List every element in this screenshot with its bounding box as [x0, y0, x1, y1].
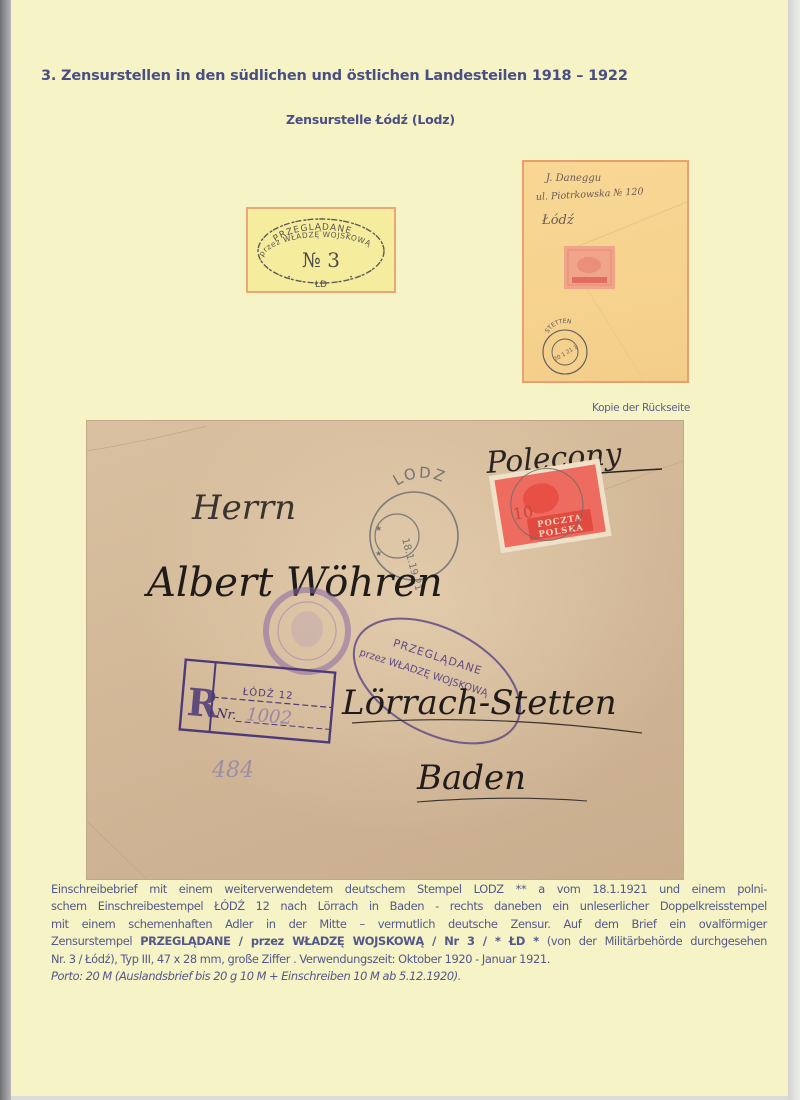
- back-copy-caption: Kopie der Rückseite: [592, 402, 690, 414]
- svg-text:•: •: [350, 275, 352, 281]
- scan-border-left: [0, 0, 11, 1100]
- svg-text:LODZ: LODZ: [390, 463, 449, 489]
- description-line-1: Einschreibebrief mit einem weiterverwend…: [51, 881, 767, 898]
- description-line-2: schem Einschreibestempel ŁÓDŹ 12 nach Lö…: [51, 898, 767, 915]
- back-handwriting-line3: Łódź: [541, 213, 575, 228]
- envelope-back-image: J. Daneggu ul. Piotrkowska № 120 Łódź 20…: [524, 162, 687, 381]
- censor-thumb-number: № 3: [302, 248, 340, 272]
- back-handwriting-line2: ul. Piotrkowska № 120: [536, 186, 644, 203]
- censor-oval-stamp-image: PRZEGLĄDANE przez WŁADZĘ WOJSKOWĄ № 3 ŁD…: [248, 209, 394, 291]
- back-handwriting-line1: J. Daneggu: [544, 173, 601, 184]
- scan-border-right: [788, 0, 800, 1100]
- registration-office: ŁÓDŹ 12: [241, 685, 294, 702]
- censor-thumb-bottom: ŁD: [314, 280, 327, 290]
- censor-stamp-thumbnail: PRZEGLĄDANE przez WŁADZĘ WOJSKOWĄ № 3 ŁD…: [246, 207, 396, 293]
- censor-oval-stamp: PRZEGLĄDANE przez WŁADZĘ WOJSKOWĄ: [333, 593, 541, 769]
- envelope-front-image: Polecony LODZ 18.1.19 21 ★ ★ POCZTA POLS…: [87, 421, 683, 879]
- description-line-3: mit einem schemenhaften Adler in der Mit…: [51, 916, 767, 933]
- handwritten-salutation: Herrn: [191, 488, 296, 528]
- handwritten-region: Baden: [416, 758, 526, 798]
- double-circle-censor-stamp: [266, 590, 348, 672]
- handwritten-addressee: Albert Wöhren: [143, 560, 443, 606]
- cover-description: Einschreibebrief mit einem weiterverwend…: [51, 881, 767, 985]
- description-line-4: Zensurstempel PRZEGLĄDANE / przez WŁADZĘ…: [51, 933, 767, 950]
- envelope-back-thumbnail: J. Daneggu ul. Piotrkowska № 120 Łódź 20…: [522, 160, 689, 383]
- lodz-postmark-text: LODZ: [390, 463, 449, 489]
- svg-text:•: •: [288, 275, 290, 281]
- svg-text:★: ★: [375, 549, 382, 558]
- pencil-note: 484: [211, 758, 254, 783]
- page-title: 3. Zensurstellen in den südlichen und ös…: [41, 68, 628, 84]
- registration-nr-label: Nr.: [215, 706, 238, 723]
- svg-text:STETTEN: STETTEN: [544, 318, 572, 334]
- registration-number: 1002: [245, 704, 292, 729]
- censor-stamp-inscription: PRZEGLĄDANE / przez WŁADZĘ WOJSKOWĄ / Nr…: [140, 934, 539, 948]
- back-postmark-text: STETTEN: [544, 318, 572, 334]
- section-subtitle: Zensurstelle Łódź (Lodz): [286, 112, 455, 127]
- handwritten-city: Lörrach-Stetten: [341, 683, 617, 723]
- svg-text:★: ★: [375, 524, 382, 533]
- description-line-5: Nr. 3 / Łódź), Typ III, 47 x 28 mm, groß…: [51, 951, 767, 968]
- description-line-4-suffix: (von der Militärbehörde durchgesehen: [539, 934, 767, 948]
- description-line-4-prefix: Zensurstempel: [51, 934, 140, 948]
- porto-note: Porto: 20 M (Auslandsbrief bis 20 g 10 M…: [51, 968, 767, 985]
